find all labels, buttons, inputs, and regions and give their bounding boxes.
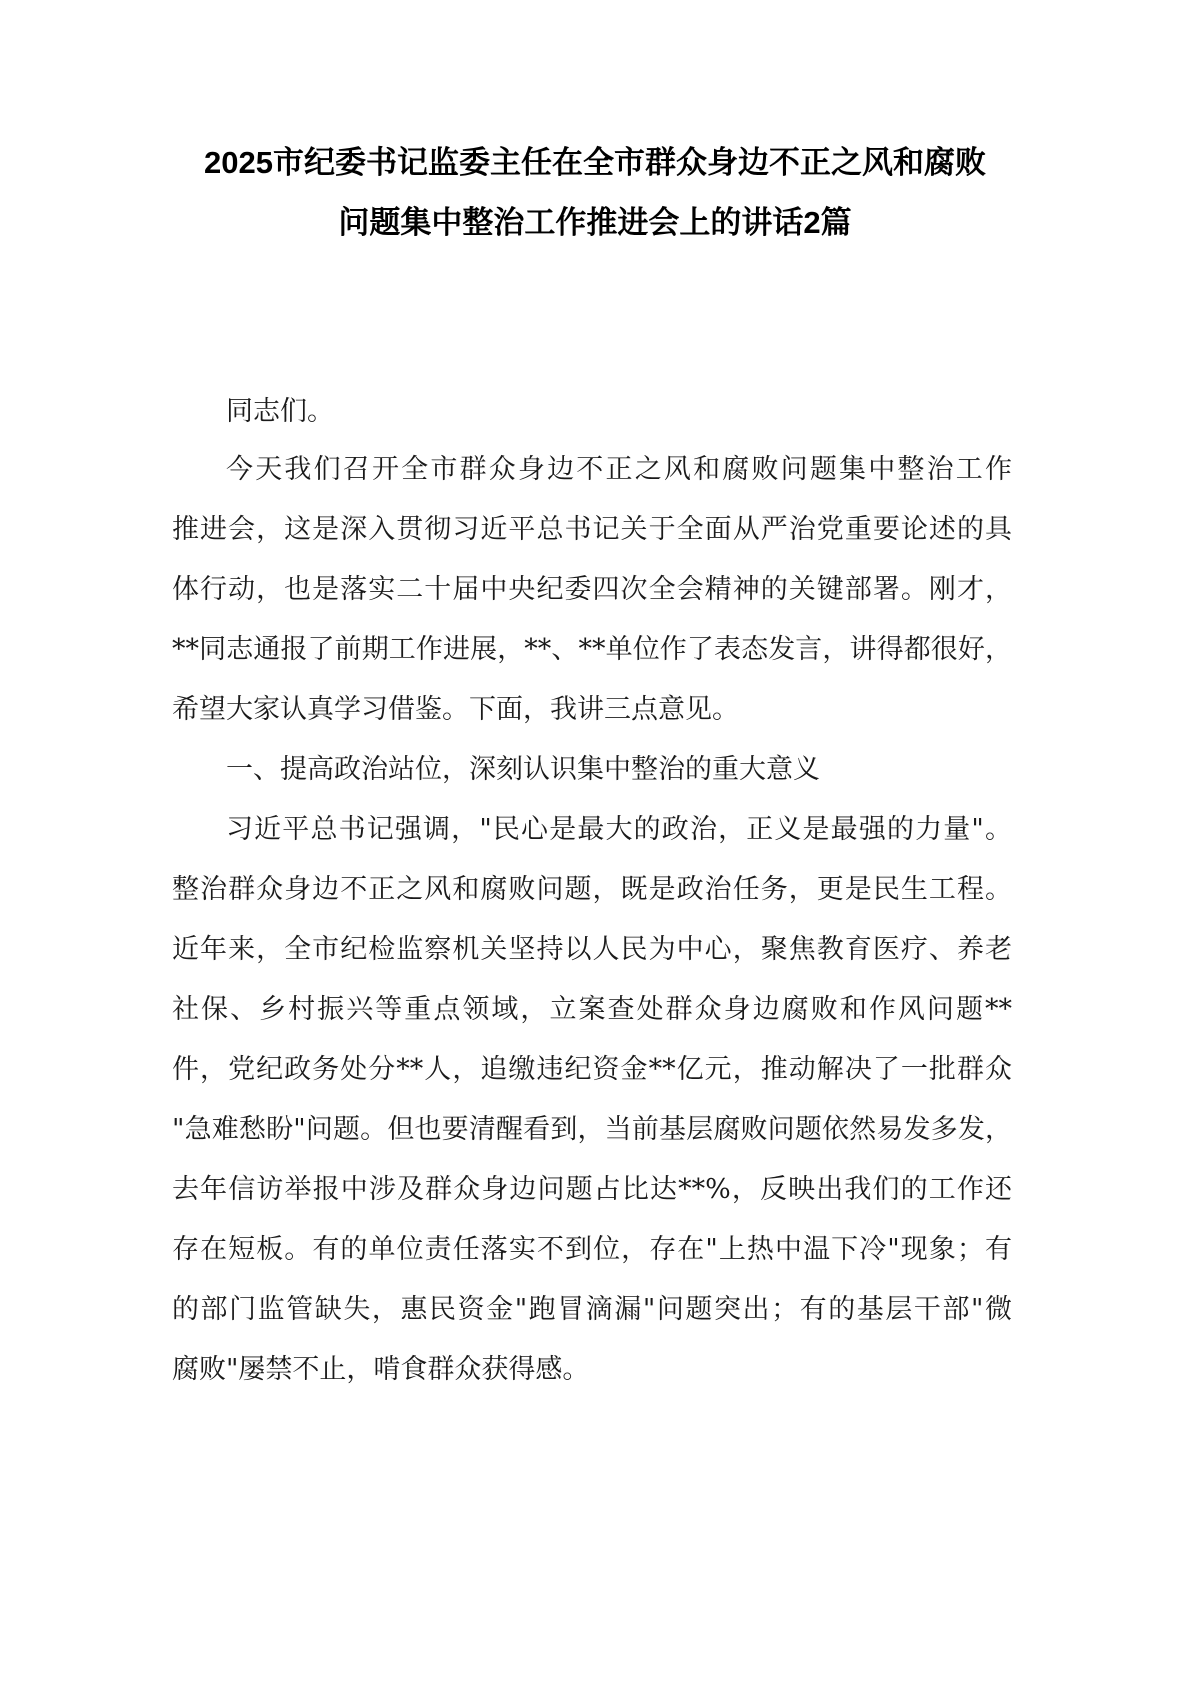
- section1-paragraph-line: 的部门监管缺失，惠民资金"跑冒滴漏"问题突出；有的基层干部"微: [172, 1292, 1012, 1328]
- section1-paragraph-line: 腐败"屡禁不止，啃食群众获得感。: [172, 1352, 1012, 1388]
- section1-paragraph-line: "急难愁盼"问题。但也要清醒看到，当前基层腐败问题依然易发多发，: [172, 1112, 1012, 1148]
- section-heading: 一、提高政治站位，深刻认识集中整治的重大意义: [226, 752, 1012, 788]
- document-title-line-1: 2025市纪委书记监委主任在全市群众身边不正之风和腐败: [0, 143, 1190, 183]
- section1-paragraph-line: 习近平总书记强调，"民心是最大的政治，正义是最强的力量"。: [226, 812, 1012, 848]
- section1-paragraph-line: 件，党纪政务处分**人，追缴违纪资金**亿元，推动解决了一批群众: [172, 1052, 1012, 1088]
- section1-paragraph-line: 社保、乡村振兴等重点领域，立案查处群众身边腐败和作风问题**: [172, 992, 1012, 1028]
- section1-paragraph-line: 去年信访举报中涉及群众身边问题占比达**%，反映出我们的工作还: [172, 1172, 1012, 1208]
- document-page: 2025市纪委书记监委主任在全市群众身边不正之风和腐败 问题集中整治工作推进会上…: [0, 0, 1190, 1683]
- section1-paragraph-line: 存在短板。有的单位责任落实不到位，存在"上热中温下冷"现象；有: [172, 1232, 1012, 1268]
- section1-paragraph-line: 近年来，全市纪检监察机关坚持以人民为中心，聚焦教育医疗、养老: [172, 932, 1012, 968]
- document-title-line-2: 问题集中整治工作推进会上的讲话2篇: [0, 203, 1190, 243]
- intro-paragraph-line: **同志通报了前期工作进展，**、**单位作了表态发言，讲得都很好，: [172, 632, 1012, 668]
- intro-paragraph-line: 体行动，也是落实二十届中央纪委四次全会精神的关键部署。刚才，: [172, 572, 1012, 608]
- intro-paragraph-line: 今天我们召开全市群众身边不正之风和腐败问题集中整治工作: [226, 452, 1012, 488]
- intro-paragraph-line: 推进会，这是深入贯彻习近平总书记关于全面从严治党重要论述的具: [172, 512, 1012, 548]
- salutation: 同志们。: [226, 394, 1012, 430]
- intro-paragraph-line: 希望大家认真学习借鉴。下面，我讲三点意见。: [172, 692, 1012, 728]
- section1-paragraph-line: 整治群众身边不正之风和腐败问题，既是政治任务，更是民生工程。: [172, 872, 1012, 908]
